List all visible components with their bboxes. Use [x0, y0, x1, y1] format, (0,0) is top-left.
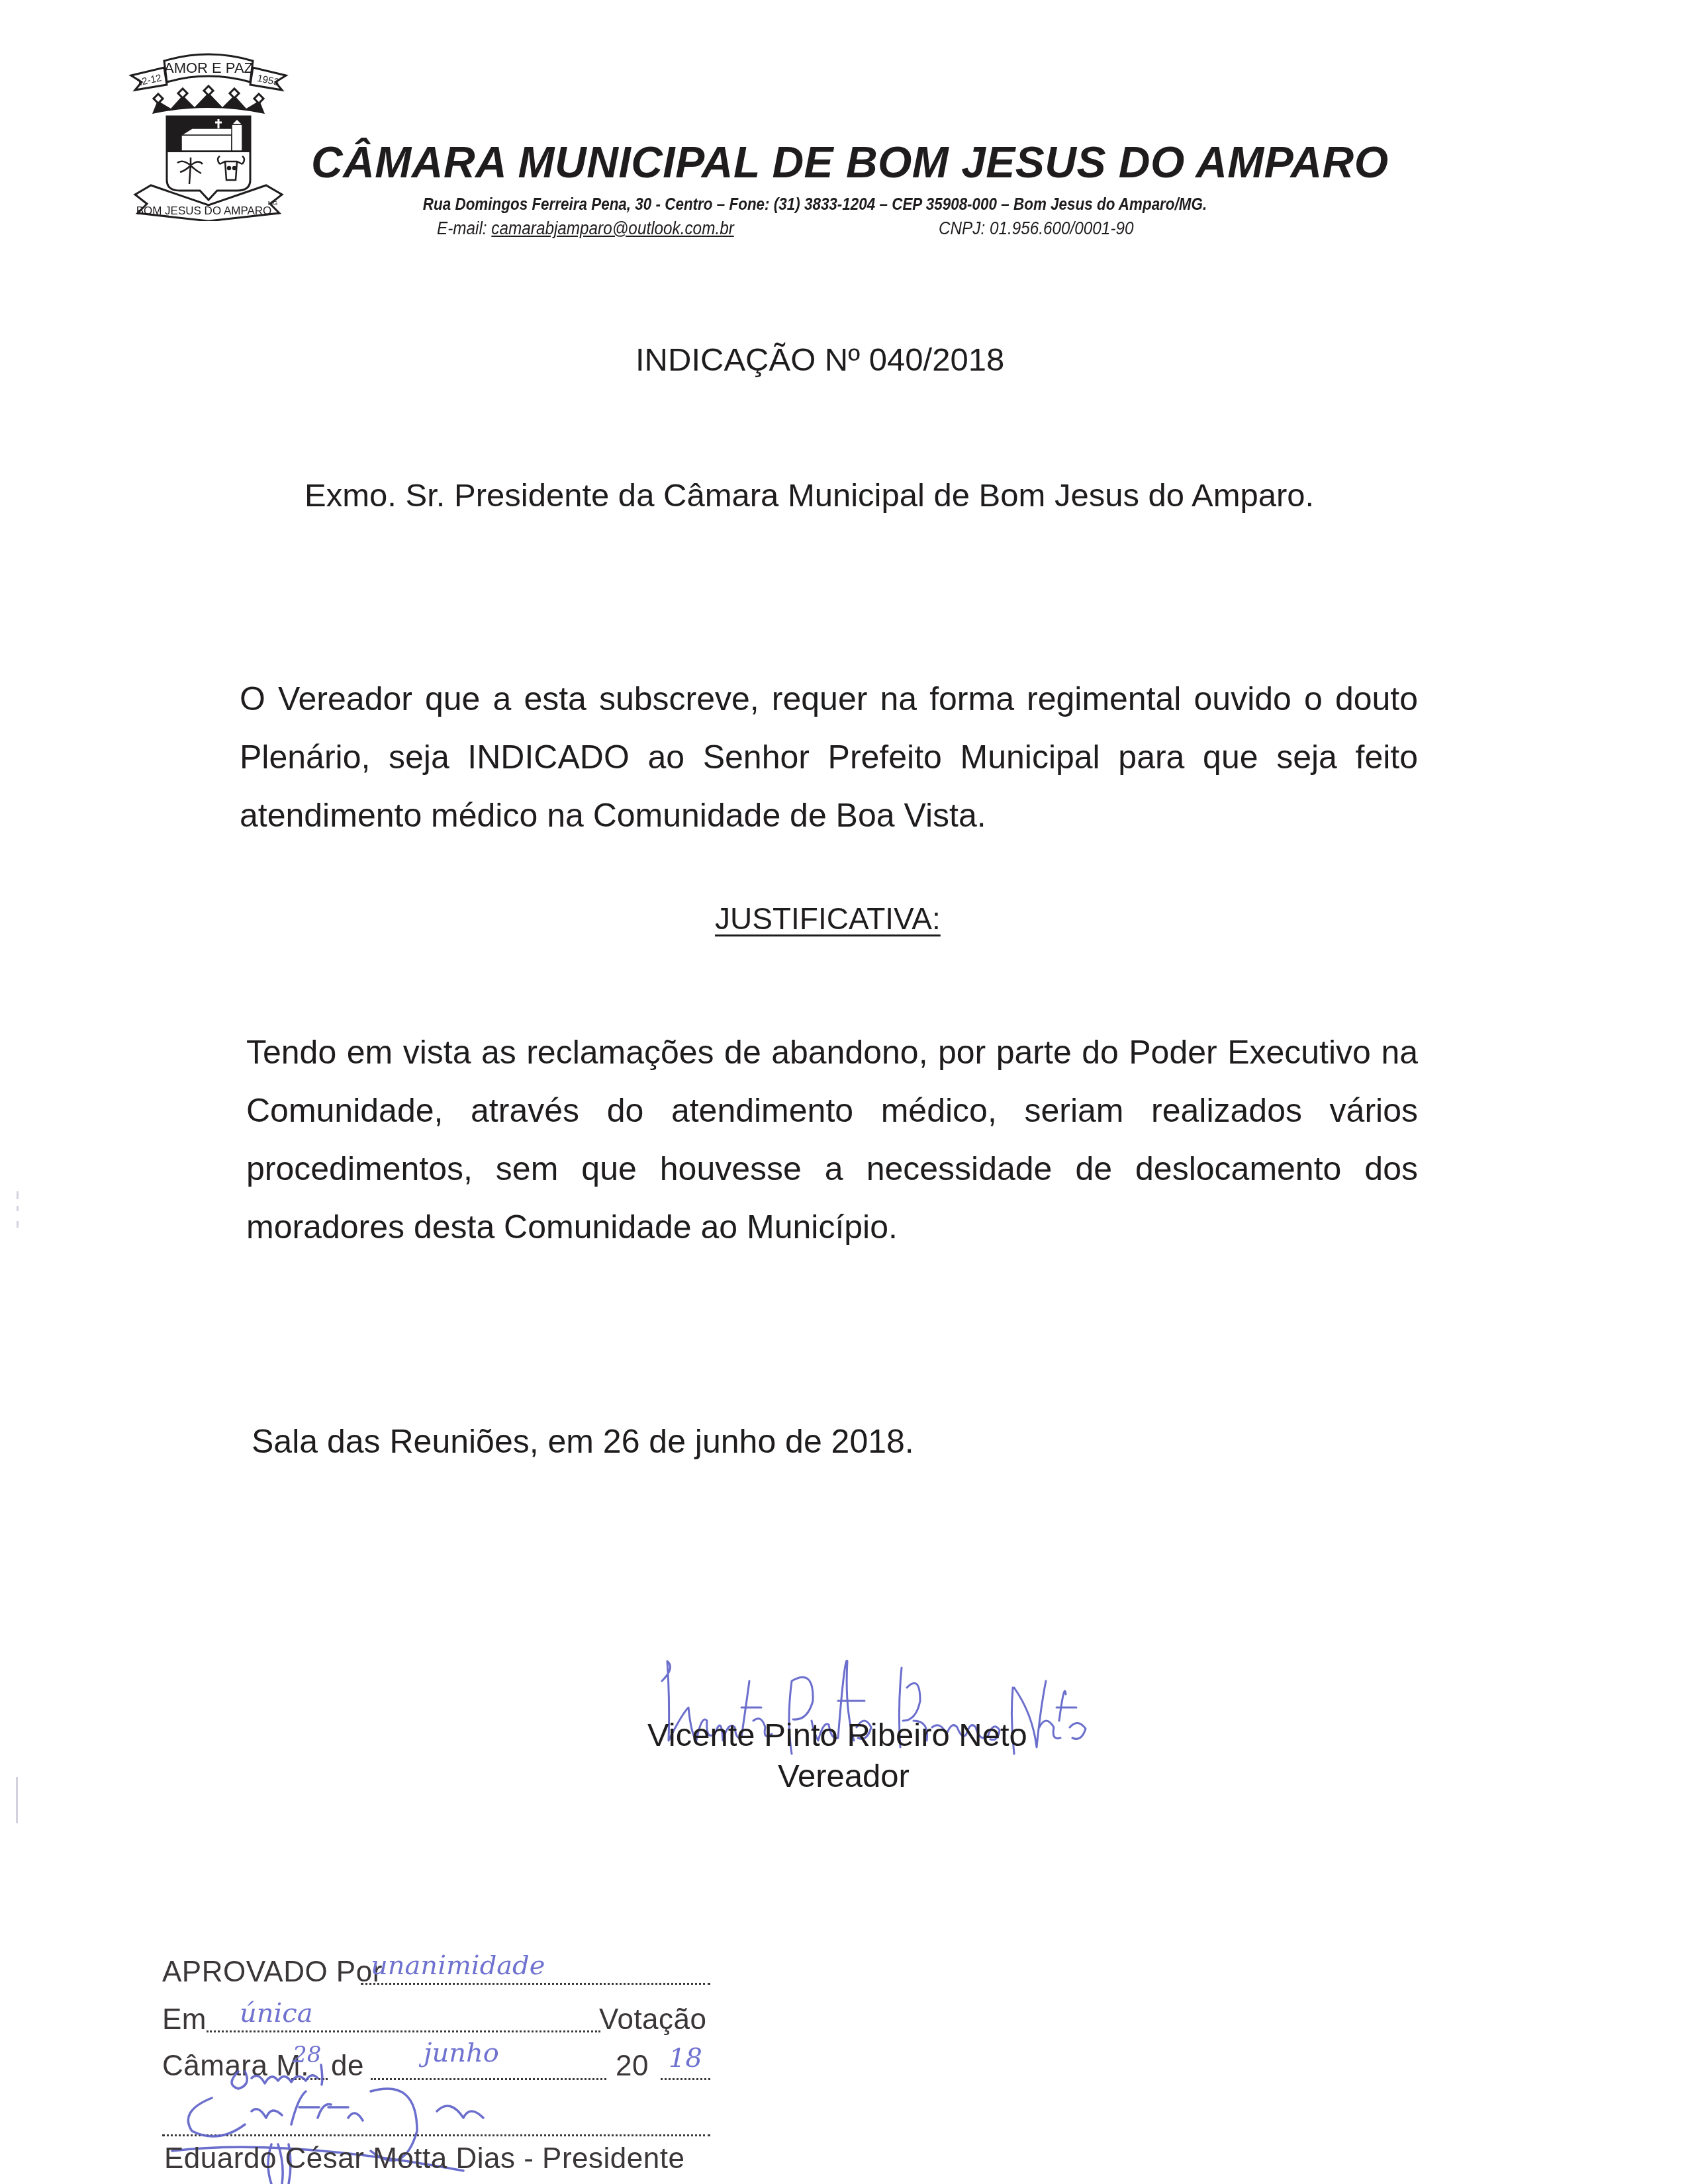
in-label: Em [162, 2005, 207, 2034]
scan-noise [17, 1221, 19, 1228]
signatory-name: Vicente Pinto Ribeiro Neto [647, 1719, 1027, 1752]
approved-by-rule [361, 1983, 710, 1985]
paragraph-line: atendimento médico na Comunidade de Boa … [240, 786, 1418, 844]
svg-text:BOM JESUS DO AMPARO: BOM JESUS DO AMPARO [136, 205, 272, 217]
justification-heading: JUSTIFICATIVA: [715, 903, 941, 934]
scan-noise [16, 1777, 18, 1823]
scan-noise [17, 1191, 19, 1199]
paragraph-line: moradores desta Comunidade ao Município. [246, 1198, 1418, 1256]
in-rule [207, 2030, 600, 2032]
email-line: E-mail: camarabjamparo@outlook.com.br [437, 220, 734, 238]
institution-address: Rua Domingos Ferreira Pena, 30 - Centro … [369, 197, 1260, 214]
year-handwritten: 18 [669, 2045, 702, 2071]
in-handwritten: única [240, 2000, 313, 2026]
paragraph-line: Comunidade, através do atendimento médic… [246, 1081, 1418, 1140]
coat-of-arms-logo: AMOR E PAZ 12-12 1953 BOM JESUS DO AMPAR… [126, 48, 291, 221]
svg-text:AMOR E PAZ: AMOR E PAZ [164, 60, 253, 76]
email-label: E-mail: [437, 218, 491, 238]
paragraph-line: Plenário, seja INDICADO ao Senhor Prefei… [240, 728, 1418, 786]
document-heading: INDICAÇÃO Nº 040/2018 [635, 344, 1004, 377]
signatory-role: Vereador [778, 1760, 910, 1793]
vote-label: Votação [599, 2005, 707, 2034]
year-rule [661, 2078, 710, 2080]
salutation: Exmo. Sr. Presidente da Câmara Municipal… [305, 480, 1314, 512]
paragraph-line: procedimentos, sem que houvesse a necess… [246, 1140, 1418, 1198]
year-prefix: 20 [616, 2052, 649, 2081]
paragraph-line: Tendo em vista as reclamações de abandon… [246, 1023, 1418, 1081]
email-link[interactable]: camarabjamparo@outlook.com.br [491, 218, 733, 238]
date-line: Sala das Reuniões, em 26 de junho de 201… [252, 1425, 914, 1458]
paragraph-line: O Vereador que a esta subscreve, requer … [240, 670, 1418, 728]
president-name-label: Eduardo César Motta Dias - Presidente [164, 2144, 684, 2173]
justification-paragraph: Tendo em vista as reclamações de abandon… [246, 1023, 1418, 1256]
request-paragraph: O Vereador que a esta subscreve, requer … [240, 670, 1418, 844]
svg-text:MG: MG [268, 200, 278, 206]
scan-noise [17, 1206, 19, 1211]
approved-by-label: APROVADO Por [162, 1958, 383, 1987]
cnpj: CNPJ: 01.956.600/0001-90 [939, 220, 1134, 238]
institution-title: CÂMARA MUNICIPAL DE BOM JESUS DO AMPARO [311, 140, 1309, 185]
approved-by-handwritten: unanimidade [371, 1952, 545, 1979]
